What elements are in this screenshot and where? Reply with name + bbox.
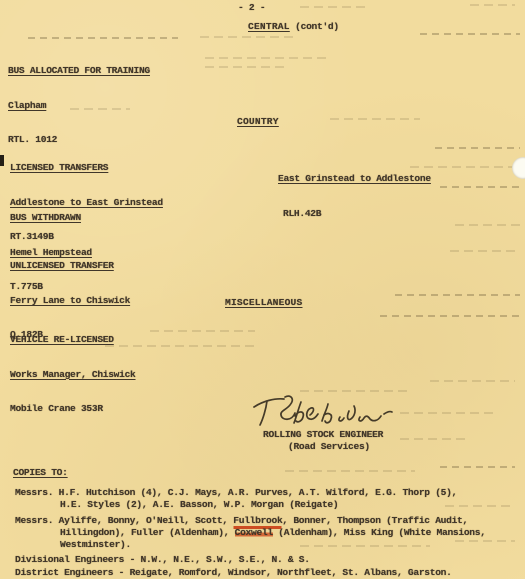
copies-line-segment: (Aldenham), Miss King (White Mansions,	[273, 527, 486, 538]
scan-smudge	[430, 380, 515, 382]
scan-smudge	[330, 118, 420, 120]
page-number: - 2 -	[238, 2, 265, 14]
scanned-document-page: - 2 - CENTRAL (cont'd) BUS ALLOCATED FOR…	[0, 0, 525, 579]
copies-line: Messrs. H.F. Hutchison (4), C.J. Mays, A…	[15, 487, 520, 499]
section-title: CENTRAL	[248, 21, 290, 32]
block-route: Ferry Lane to Chiswick	[10, 295, 130, 307]
copies-line-segment: Messrs. H.F. Hutchison (4), C.J. Mays, A…	[15, 487, 457, 498]
copies-heading: COPIES TO:	[13, 467, 68, 479]
copies-line: H.E. Styles (2), A.E. Basson, W.P. Morga…	[15, 499, 520, 511]
red-underline-annotation: Fullbrook	[233, 515, 282, 526]
scan-smudge	[28, 37, 178, 39]
scan-smudge	[150, 330, 255, 332]
copies-line-segment: , Bonner, Thompson (Traffic Audit,	[282, 515, 468, 526]
scan-smudge	[470, 4, 515, 6]
block-licensed-transfers-right: East Grinstead to Addlestone RLH.42B	[278, 150, 431, 242]
scan-smudge	[400, 438, 465, 440]
section-heading-miscellaneous: MISCELLANEOUS	[225, 297, 302, 309]
section-suffix: (cont'd)	[290, 21, 339, 32]
block-heading: BUS ALLOCATED FOR TRAINING	[8, 65, 150, 77]
edge-mark	[0, 155, 4, 166]
red-strike-annotation: Coxwell	[235, 527, 273, 538]
scan-smudge	[205, 57, 330, 59]
scan-smudge	[400, 412, 495, 414]
scan-smudge	[455, 224, 520, 226]
block-heading: LICENSED TRANSFERS	[10, 162, 163, 174]
block-location: Clapham	[8, 100, 150, 112]
scan-smudge	[285, 470, 415, 472]
scan-smudge	[420, 33, 520, 35]
copies-list: Messrs. H.F. Hutchison (4), C.J. Mays, A…	[15, 487, 520, 579]
copies-line: Divisional Engineers - N.W., N.E., S.W.,…	[15, 554, 520, 566]
scan-smudge	[300, 6, 370, 8]
copies-line-segment: Westminster).	[60, 539, 131, 550]
section-heading-country: COUNTRY	[237, 116, 279, 128]
section-heading-central: CENTRAL (cont'd)	[248, 21, 339, 33]
block-vehicle: Mobile Crane 353R	[10, 403, 136, 415]
scan-smudge	[200, 36, 295, 38]
copies-line: Hillingdon), Fuller (Aldenham), Coxwell …	[15, 527, 520, 539]
block-vehicle: RLH.42B	[278, 208, 431, 220]
scan-smudge	[440, 466, 515, 468]
block-heading: BUS WITHDRAWN	[10, 212, 92, 224]
copies-line-segment: H.E. Styles (2), A.E. Basson, W.P. Morga…	[60, 499, 338, 510]
copies-line: District Engineers - Reigate, Romford, W…	[15, 567, 520, 579]
block-vehicle-relicensed: VEHICLE RE-LICENSED Works Manager, Chisw…	[10, 311, 136, 438]
copies-line-segment: Hillingdon), Fuller (Aldenham),	[60, 527, 235, 538]
scan-smudge	[435, 147, 520, 149]
scan-smudge	[380, 315, 520, 317]
scan-smudge	[205, 66, 285, 68]
block-heading: VEHICLE RE-LICENSED	[10, 334, 136, 346]
block-location: Works Manager, Chiswick	[10, 369, 136, 381]
handwritten-signature	[248, 390, 398, 432]
copies-line-segment: Divisional Engineers - N.W., N.E., S.W.,…	[15, 554, 310, 565]
block-heading: UNLICENSED TRANSFER	[10, 260, 130, 272]
hole-punch	[512, 157, 525, 179]
copies-line-segment: Messrs. Ayliffe, Bonny, O'Neill, Scott,	[15, 515, 233, 526]
scan-smudge	[395, 294, 520, 296]
block-route: East Grinstead to Addlestone	[278, 173, 431, 185]
signatory-subtitle: (Road Services)	[288, 441, 370, 453]
copies-line: Messrs. Ayliffe, Bonny, O'Neill, Scott, …	[15, 515, 520, 527]
scan-smudge	[450, 250, 520, 252]
copies-line: Westminster).	[15, 539, 520, 551]
scan-smudge	[440, 186, 522, 188]
signatory-title: ROLLING STOCK ENGINEER	[263, 429, 383, 441]
copies-line-segment: District Engineers - Reigate, Romford, W…	[15, 567, 452, 578]
